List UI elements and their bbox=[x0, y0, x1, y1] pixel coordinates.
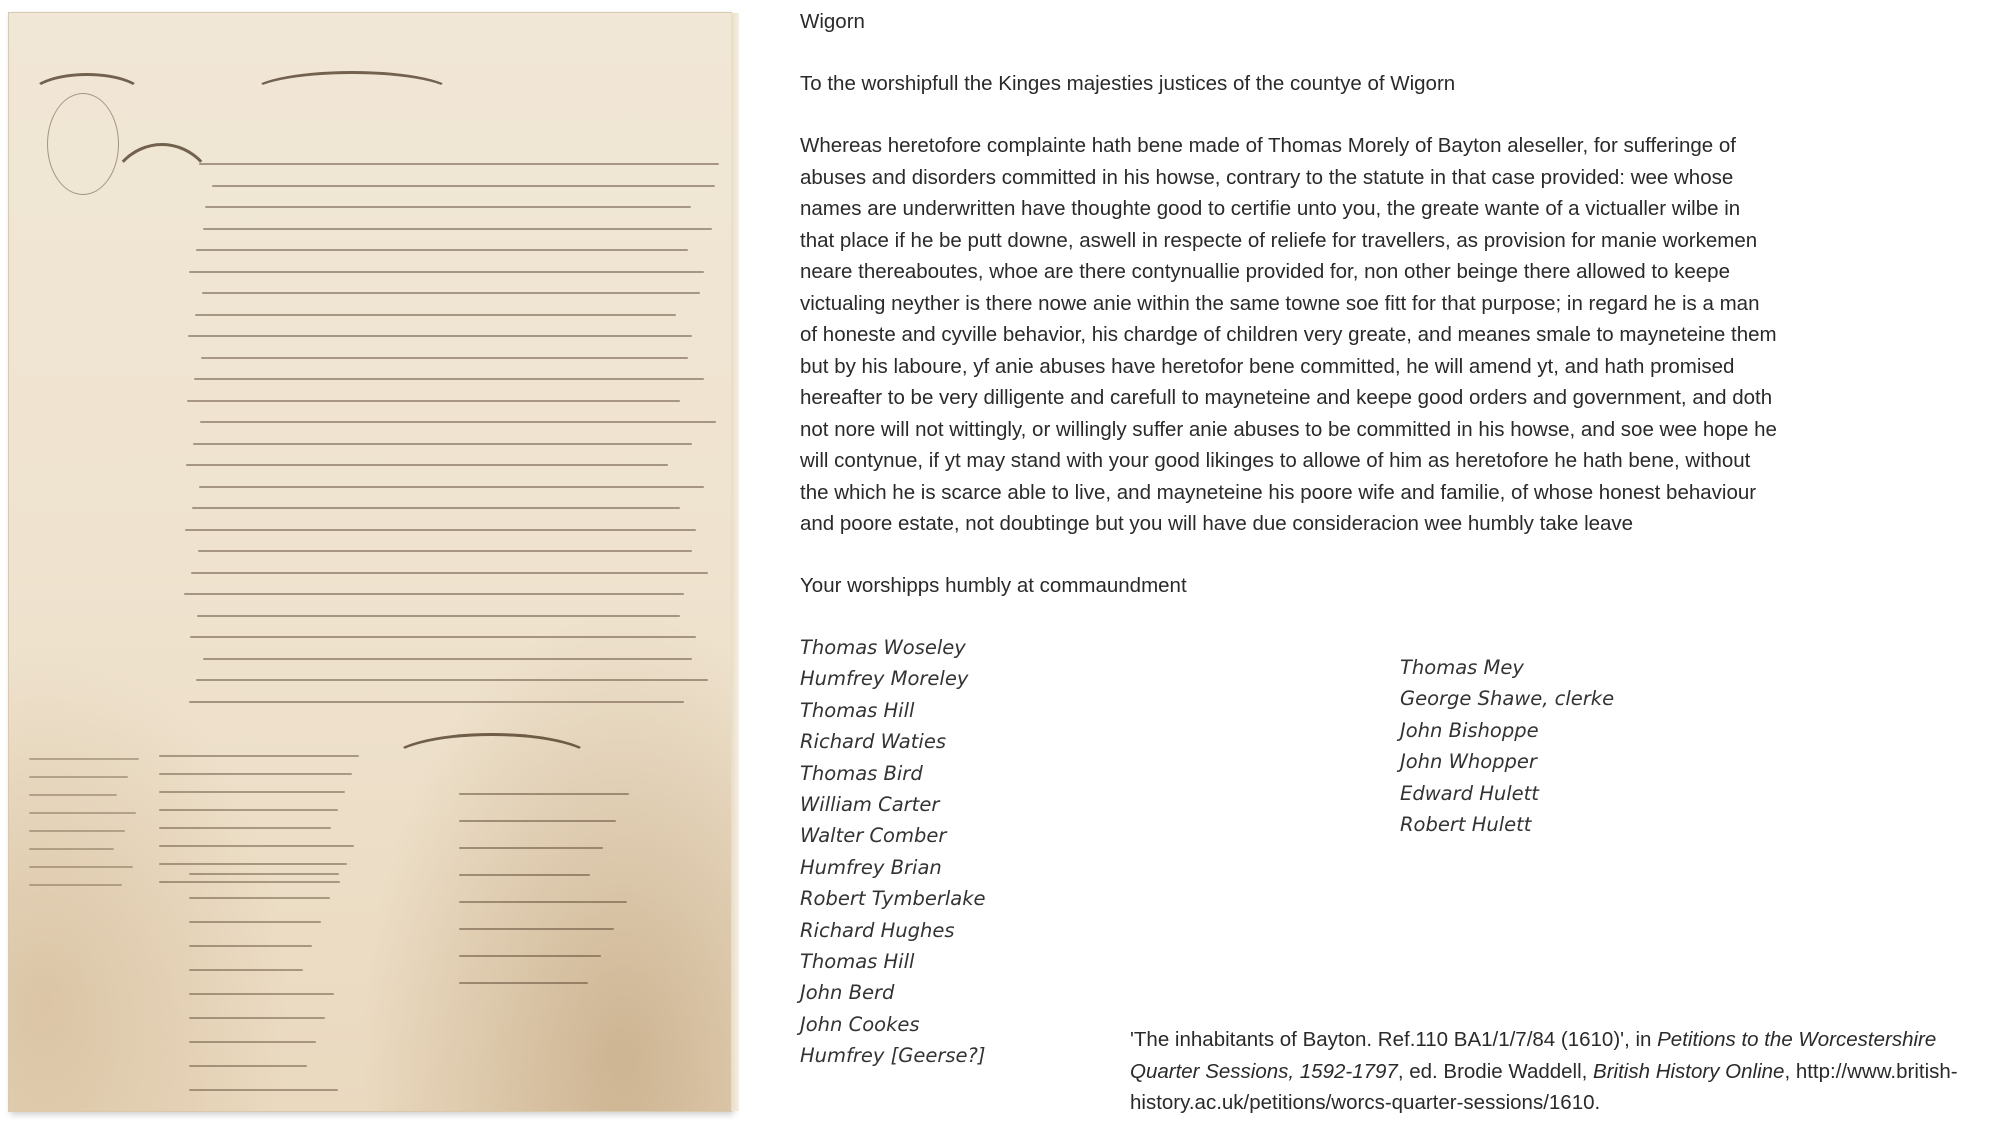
signatory: Humfrey Moreley bbox=[800, 663, 986, 694]
signatory: John Whopper bbox=[1400, 746, 1614, 777]
address-line: To the worshipfull the Kinges majesties … bbox=[800, 68, 1455, 100]
closing-line: Your worshipps humbly at commaundment bbox=[800, 570, 1187, 602]
body-line: that place if he be putt downe, aswell i… bbox=[800, 225, 1975, 257]
signatory: George Shawe, clerke bbox=[1400, 683, 1614, 714]
body-line: and poore estate, not doubtinge but you … bbox=[800, 508, 1975, 540]
signatories-right: Thomas Mey George Shawe, clerke John Bis… bbox=[1400, 652, 1614, 840]
address-swash bbox=[249, 71, 455, 117]
signatory: Edward Hulett bbox=[1400, 778, 1614, 809]
petition-body: Whereas heretofore complainte hath bene … bbox=[800, 130, 1975, 540]
body-line: not nore will not wittingly, or willingl… bbox=[800, 414, 1975, 446]
body-line: neare thereaboutes, whoe are there conty… bbox=[800, 256, 1975, 288]
heading-swash bbox=[29, 73, 145, 119]
signatory: Thomas Hill bbox=[800, 946, 986, 977]
signatory: John Berd bbox=[800, 977, 986, 1008]
body-line: but by his laboure, yf anie abuses have … bbox=[800, 351, 1975, 383]
manuscript-image bbox=[8, 12, 732, 1112]
body-line: abuses and disorders committed in his ho… bbox=[800, 162, 1975, 194]
citation-text: , ed. Brodie Waddell, bbox=[1398, 1060, 1593, 1083]
signatory: Richard Waties bbox=[800, 726, 986, 757]
body-line: hereafter to be very dilligente and care… bbox=[800, 382, 1975, 414]
body-line: of honeste and cyville behavior, his cha… bbox=[800, 319, 1975, 351]
signatories-left: Thomas Woseley Humfrey Moreley Thomas Hi… bbox=[800, 632, 986, 1072]
page-edge bbox=[731, 13, 739, 1111]
signatory: Robert Hulett bbox=[1400, 809, 1614, 840]
signatory: Thomas Mey bbox=[1400, 652, 1614, 683]
closing-swash bbox=[389, 733, 595, 789]
document-heading: Wigorn bbox=[800, 6, 865, 38]
signatory: Humfrey [Geerse?] bbox=[800, 1040, 986, 1071]
body-line: names are underwritten have thoughte goo… bbox=[800, 193, 1975, 225]
signatory: Thomas Woseley bbox=[800, 632, 986, 663]
body-line: will contynue, if yt may stand with your… bbox=[800, 445, 1975, 477]
signatory: Humfrey Brian bbox=[800, 852, 986, 883]
signatory: Walter Comber bbox=[800, 820, 986, 851]
signatory: John Cookes bbox=[800, 1009, 986, 1040]
signatory: Thomas Bird bbox=[800, 758, 986, 789]
body-line: Whereas heretofore complainte hath bene … bbox=[800, 130, 1975, 162]
signatory: John Bishoppe bbox=[1400, 715, 1614, 746]
citation: 'The inhabitants of Bayton. Ref.110 BA1/… bbox=[1130, 1024, 2000, 1119]
signatory: William Carter bbox=[800, 789, 986, 820]
signatory: Thomas Hill bbox=[800, 695, 986, 726]
signatory: Robert Tymberlake bbox=[800, 883, 986, 914]
citation-publisher: British History Online bbox=[1593, 1060, 1784, 1083]
signatory: Richard Hughes bbox=[800, 915, 986, 946]
body-line: victualing neyther is there nowe anie wi… bbox=[800, 288, 1975, 320]
body-line: the which he is scarce able to live, and… bbox=[800, 477, 1975, 509]
citation-text: 'The inhabitants of Bayton. Ref.110 BA1/… bbox=[1130, 1028, 1657, 1051]
